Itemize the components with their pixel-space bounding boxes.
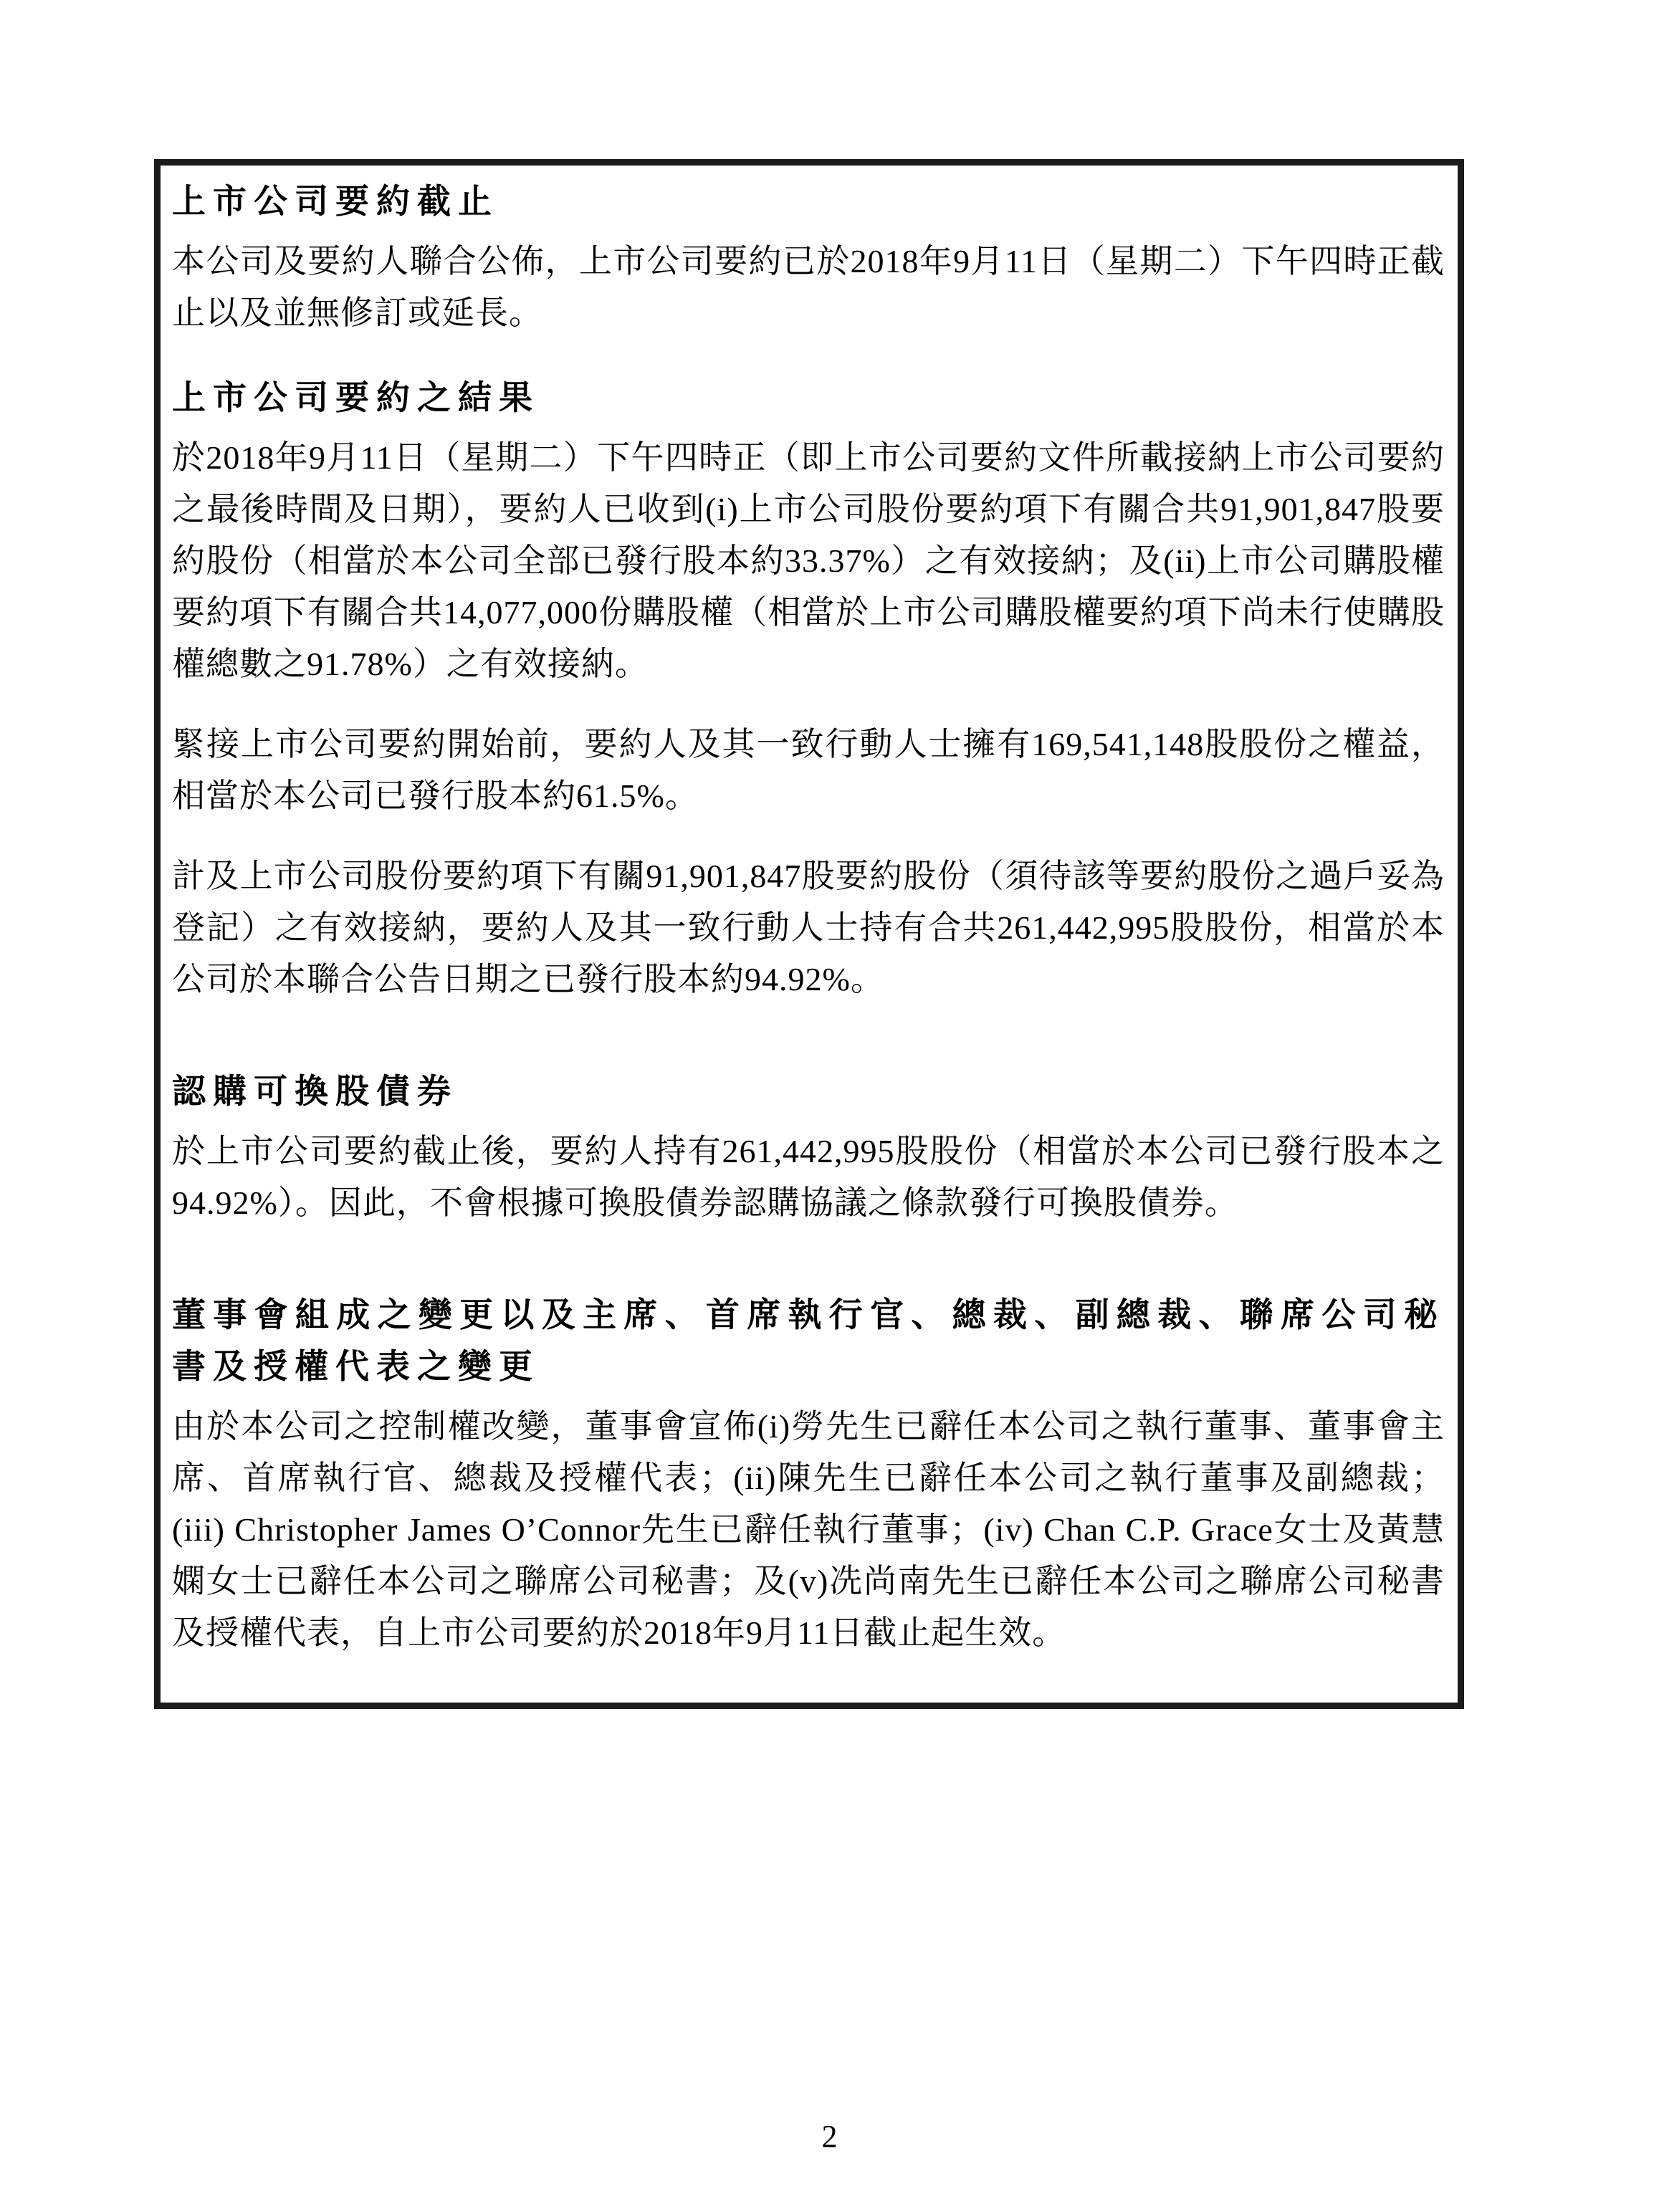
paragraph-board-changes: 由於本公司之控制權改變，董事會宣佈(i)勞先生已辭任本公司之執行董事、董事會主席… <box>172 1401 1445 1659</box>
paragraph-convertible-bonds: 於上市公司要約截止後，要約人持有261,442,995股股份（相當於本公司已發行… <box>172 1126 1445 1229</box>
announcement-border-box: 上市公司要約截止 本公司及要約人聯合公佈，上市公司要約已於2018年9月11日（… <box>154 159 1464 1709</box>
paragraph-offer-closed: 本公司及要約人聯合公佈，上市公司要約已於2018年9月11日（星期二）下午四時正… <box>172 236 1445 339</box>
section-heading-convertible-bonds: 認購可換股債券 <box>172 1066 1445 1117</box>
paragraph-offer-results-2: 緊接上市公司要約開始前，要約人及其一致行動人士擁有169,541,148股股份之… <box>172 719 1445 822</box>
page-number: 2 <box>0 2115 1659 2158</box>
section-heading-offer-closed: 上市公司要約截止 <box>172 176 1445 227</box>
paragraph-offer-results-1: 於2018年9月11日（星期二）下午四時正（即上市公司要約文件所載接納上市公司要… <box>172 432 1445 690</box>
section-heading-board-changes: 董事會組成之變更以及主席、首席執行官、總裁、副總裁、聯席公司秘書及授權代表之變更 <box>172 1289 1445 1392</box>
paragraph-offer-results-3: 計及上市公司股份要約項下有關91,901,847股要約股份（須待該等要約股份之過… <box>172 851 1445 1005</box>
section-heading-offer-results: 上市公司要約之結果 <box>172 372 1445 423</box>
